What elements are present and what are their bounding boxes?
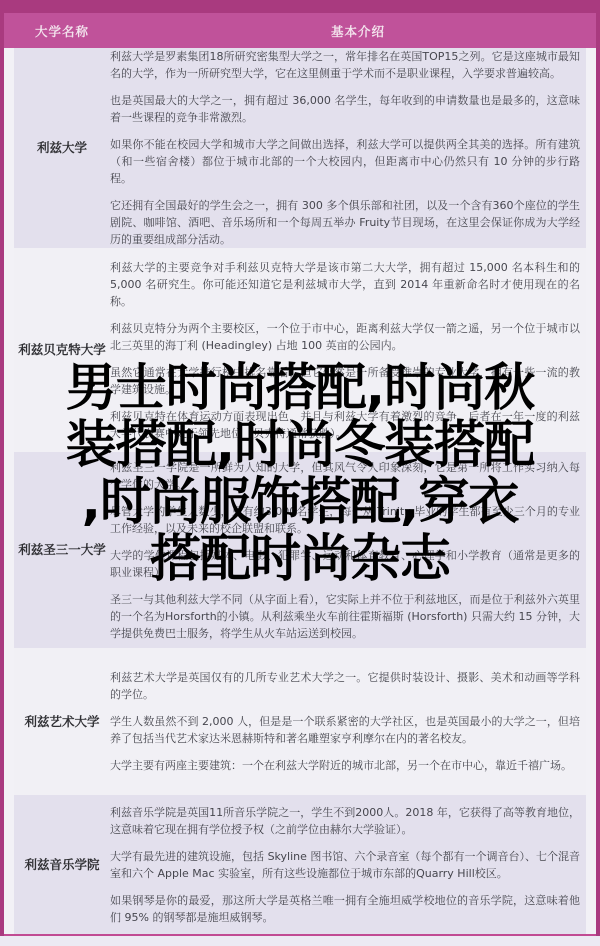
table-row-leeds-beckett: 利兹贝克特大学 利兹大学的主要竞争对手利兹贝克特大学是该市第二大大学，拥有超过 … — [14, 248, 586, 452]
intro-paragraph: 利兹音乐学院是英国11所音乐学院之一，学生不到2000人。2018 年，它获得了… — [110, 804, 580, 838]
intro-paragraph: 圣三一与其他利兹大学不同（从字面上看），它实际上并不位于利兹地区，而是位于利兹外… — [110, 591, 580, 642]
university-intro-cell: 利兹大学的主要竞争对手利兹贝克特大学是该市第二大大学，拥有超过 15,000 名… — [110, 248, 586, 452]
header-cell-basic-intro: 基本介绍 — [120, 22, 596, 40]
intro-paragraph: 利兹贝克特在体育运动方面表现出色，并且与利兹大学有着激烈的竞争，后者在一年一度的… — [110, 408, 580, 442]
intro-paragraph: 学生人数虽然不到 2,000 人，但是是一个联系紧密的大学社区，也是英国最小的大… — [110, 713, 580, 747]
table-row-university-of-leeds: 利兹大学 利兹大学是罗素集团18所研究密集型大学之一，常年排名在英国TOP15之… — [14, 48, 586, 248]
intro-paragraph: 大学主要有两座主要建筑：一个在利兹大学附近的城市北部，另一个在市中心，靠近千禧广… — [110, 757, 580, 774]
intro-paragraph: 尽管大学的学生人数少，只有约3,000名学生，每个从 Trinity 毕业的学生… — [110, 503, 580, 537]
intro-paragraph: 它还拥有全国最好的学生会之一，拥有 300 多个俱乐部和社团，以及一个含有360… — [110, 197, 580, 248]
intro-paragraph: 利兹大学的主要竞争对手利兹贝克特大学是该市第二大大学，拥有超过 15,000 名… — [110, 259, 580, 310]
table-row-leeds-conservatoire: 利兹音乐学院 利兹音乐学院是英国11所音乐学院之一，学生不到2000人。2018… — [14, 795, 586, 934]
bottom-strip — [0, 936, 600, 946]
intro-paragraph: 利兹大学是罗素集团18所研究密集型大学之一，常年排名在英国TOP15之列。它是这… — [110, 48, 580, 82]
intro-paragraph: 如果你不能在校园大学和城市大学之间做出选择，利兹大学可以提供两全其美的选择。所有… — [110, 136, 580, 187]
intro-paragraph: 大学的学位课程包括媒体、电影、犯罪学、运动和体育教育、心理学和小学教育（通常是更… — [110, 547, 580, 581]
table-header-row: 大学名称 基本介绍 — [4, 13, 596, 48]
intro-paragraph: 也是英国最大的大学之一，拥有超过 36,000 名学生，每年收到的申请数量也是最… — [110, 92, 580, 126]
frame-right-border — [596, 0, 600, 936]
university-name-cell: 利兹贝克特大学 — [14, 248, 110, 452]
table-row-leeds-arts: 利兹艺术大学 利兹艺术大学是英国仅有的几所专业艺术大学之一。它提供时装设计、摄影… — [14, 648, 586, 795]
university-name-cell: 利兹艺术大学 — [14, 648, 110, 795]
intro-paragraph: 利兹圣三一学院是一所鲜为人知的大学，但其风气令人印象深刻，它是第一所将工作实习纳… — [110, 459, 580, 493]
university-intro-cell: 利兹圣三一学院是一所鲜为人知的大学，但其风气令人印象深刻，它是第一所将工作实习纳… — [110, 452, 586, 648]
university-name-cell: 利兹大学 — [14, 48, 110, 248]
intro-paragraph: 如果钢琴是你的最爱，那这所大学是英格兰唯一拥有全施坦威学校地位的音乐学院，这意味… — [110, 892, 580, 926]
header-cell-university-name: 大学名称 — [4, 22, 120, 40]
table-body: 利兹大学 利兹大学是罗素集团18所研究密集型大学之一，常年排名在英国TOP15之… — [4, 48, 596, 934]
page: 大学名称 基本介绍 利兹大学 利兹大学是罗素集团18所研究密集型大学之一，常年排… — [0, 0, 600, 946]
intro-paragraph: 利兹贝克特分为两个主要校区，一个位于市中心，距离利兹大学仅一箭之遥，另一个位于城… — [110, 320, 580, 354]
university-intro-cell: 利兹音乐学院是英国11所音乐学院之一，学生不到2000人。2018 年，它获得了… — [110, 795, 586, 934]
intro-paragraph: 利兹艺术大学是英国仅有的几所专业艺术大学之一。它提供时装设计、摄影、美术和动画等… — [110, 669, 580, 703]
university-intro-cell: 利兹艺术大学是英国仅有的几所专业艺术大学之一。它提供时装设计、摄影、美术和动画等… — [110, 648, 586, 795]
university-name-cell: 利兹圣三一大学 — [14, 452, 110, 648]
intro-paragraph: 虽然它通常在大学排行榜中排名靠后，但它仍然是一所备受推崇的专业大学，拥有一些一流… — [110, 364, 580, 398]
frame-top-border — [0, 0, 600, 13]
intro-paragraph: 大学有最先进的建筑设施，包括 Skyline 图书馆、六个录音室（每个都有一个调… — [110, 848, 580, 882]
university-name-cell: 利兹音乐学院 — [14, 795, 110, 934]
university-intro-cell: 利兹大学是罗素集团18所研究密集型大学之一，常年排名在英国TOP15之列。它是这… — [110, 48, 586, 248]
table-row-leeds-trinity: 利兹圣三一大学 利兹圣三一学院是一所鲜为人知的大学，但其风气令人印象深刻，它是第… — [14, 452, 586, 648]
